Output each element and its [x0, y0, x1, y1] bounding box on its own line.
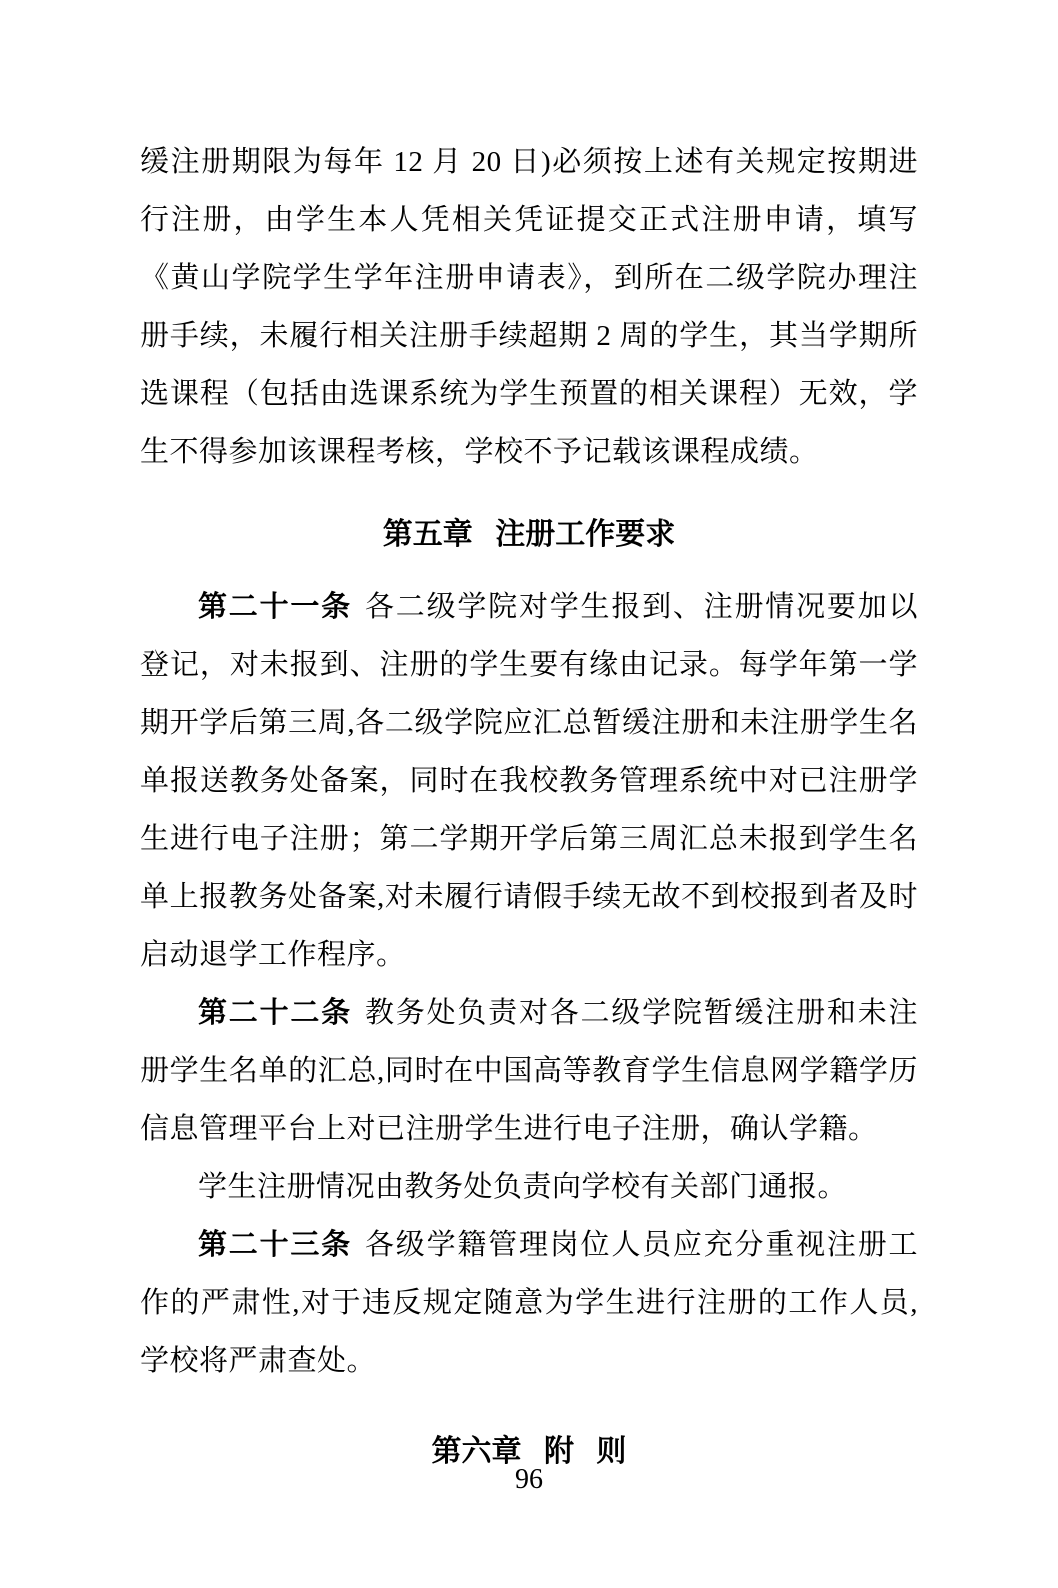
article-22-paragraph: 第二十二条教务处负责对各二级学院暂缓注册和未注册学生名单的汇总,同时在中国高等教…	[140, 984, 918, 1158]
article-22-number: 第二十二条	[198, 997, 352, 1029]
article-23-paragraph: 第二十三条各级学籍管理岗位人员应充分重视注册工作的严肃性,对于违反规定随意为学生…	[140, 1216, 918, 1390]
article-21-number: 第二十一条	[198, 591, 352, 623]
document-page: 缓注册期限为每年 12 月 20 日)必须按上述有关规定按期进行注册，由学生本人…	[0, 0, 1058, 1588]
continuation-paragraph: 缓注册期限为每年 12 月 20 日)必须按上述有关规定按期进行注册，由学生本人…	[140, 133, 918, 481]
page-number: 96	[0, 1460, 1058, 1500]
chapter-5-heading: 第五章 注册工作要求	[140, 506, 918, 564]
article-21-text: 各二级学院对学生报到、注册情况要加以登记，对未报到、注册的学生要有缘由记录。每学…	[140, 591, 918, 971]
notification-paragraph: 学生注册情况由教务处负责向学校有关部门通报。	[140, 1158, 918, 1216]
document-content: 缓注册期限为每年 12 月 20 日)必须按上述有关规定按期进行注册，由学生本人…	[140, 133, 918, 1495]
article-23-number: 第二十三条	[198, 1229, 352, 1261]
article-21-paragraph: 第二十一条各二级学院对学生报到、注册情况要加以登记，对未报到、注册的学生要有缘由…	[140, 578, 918, 984]
